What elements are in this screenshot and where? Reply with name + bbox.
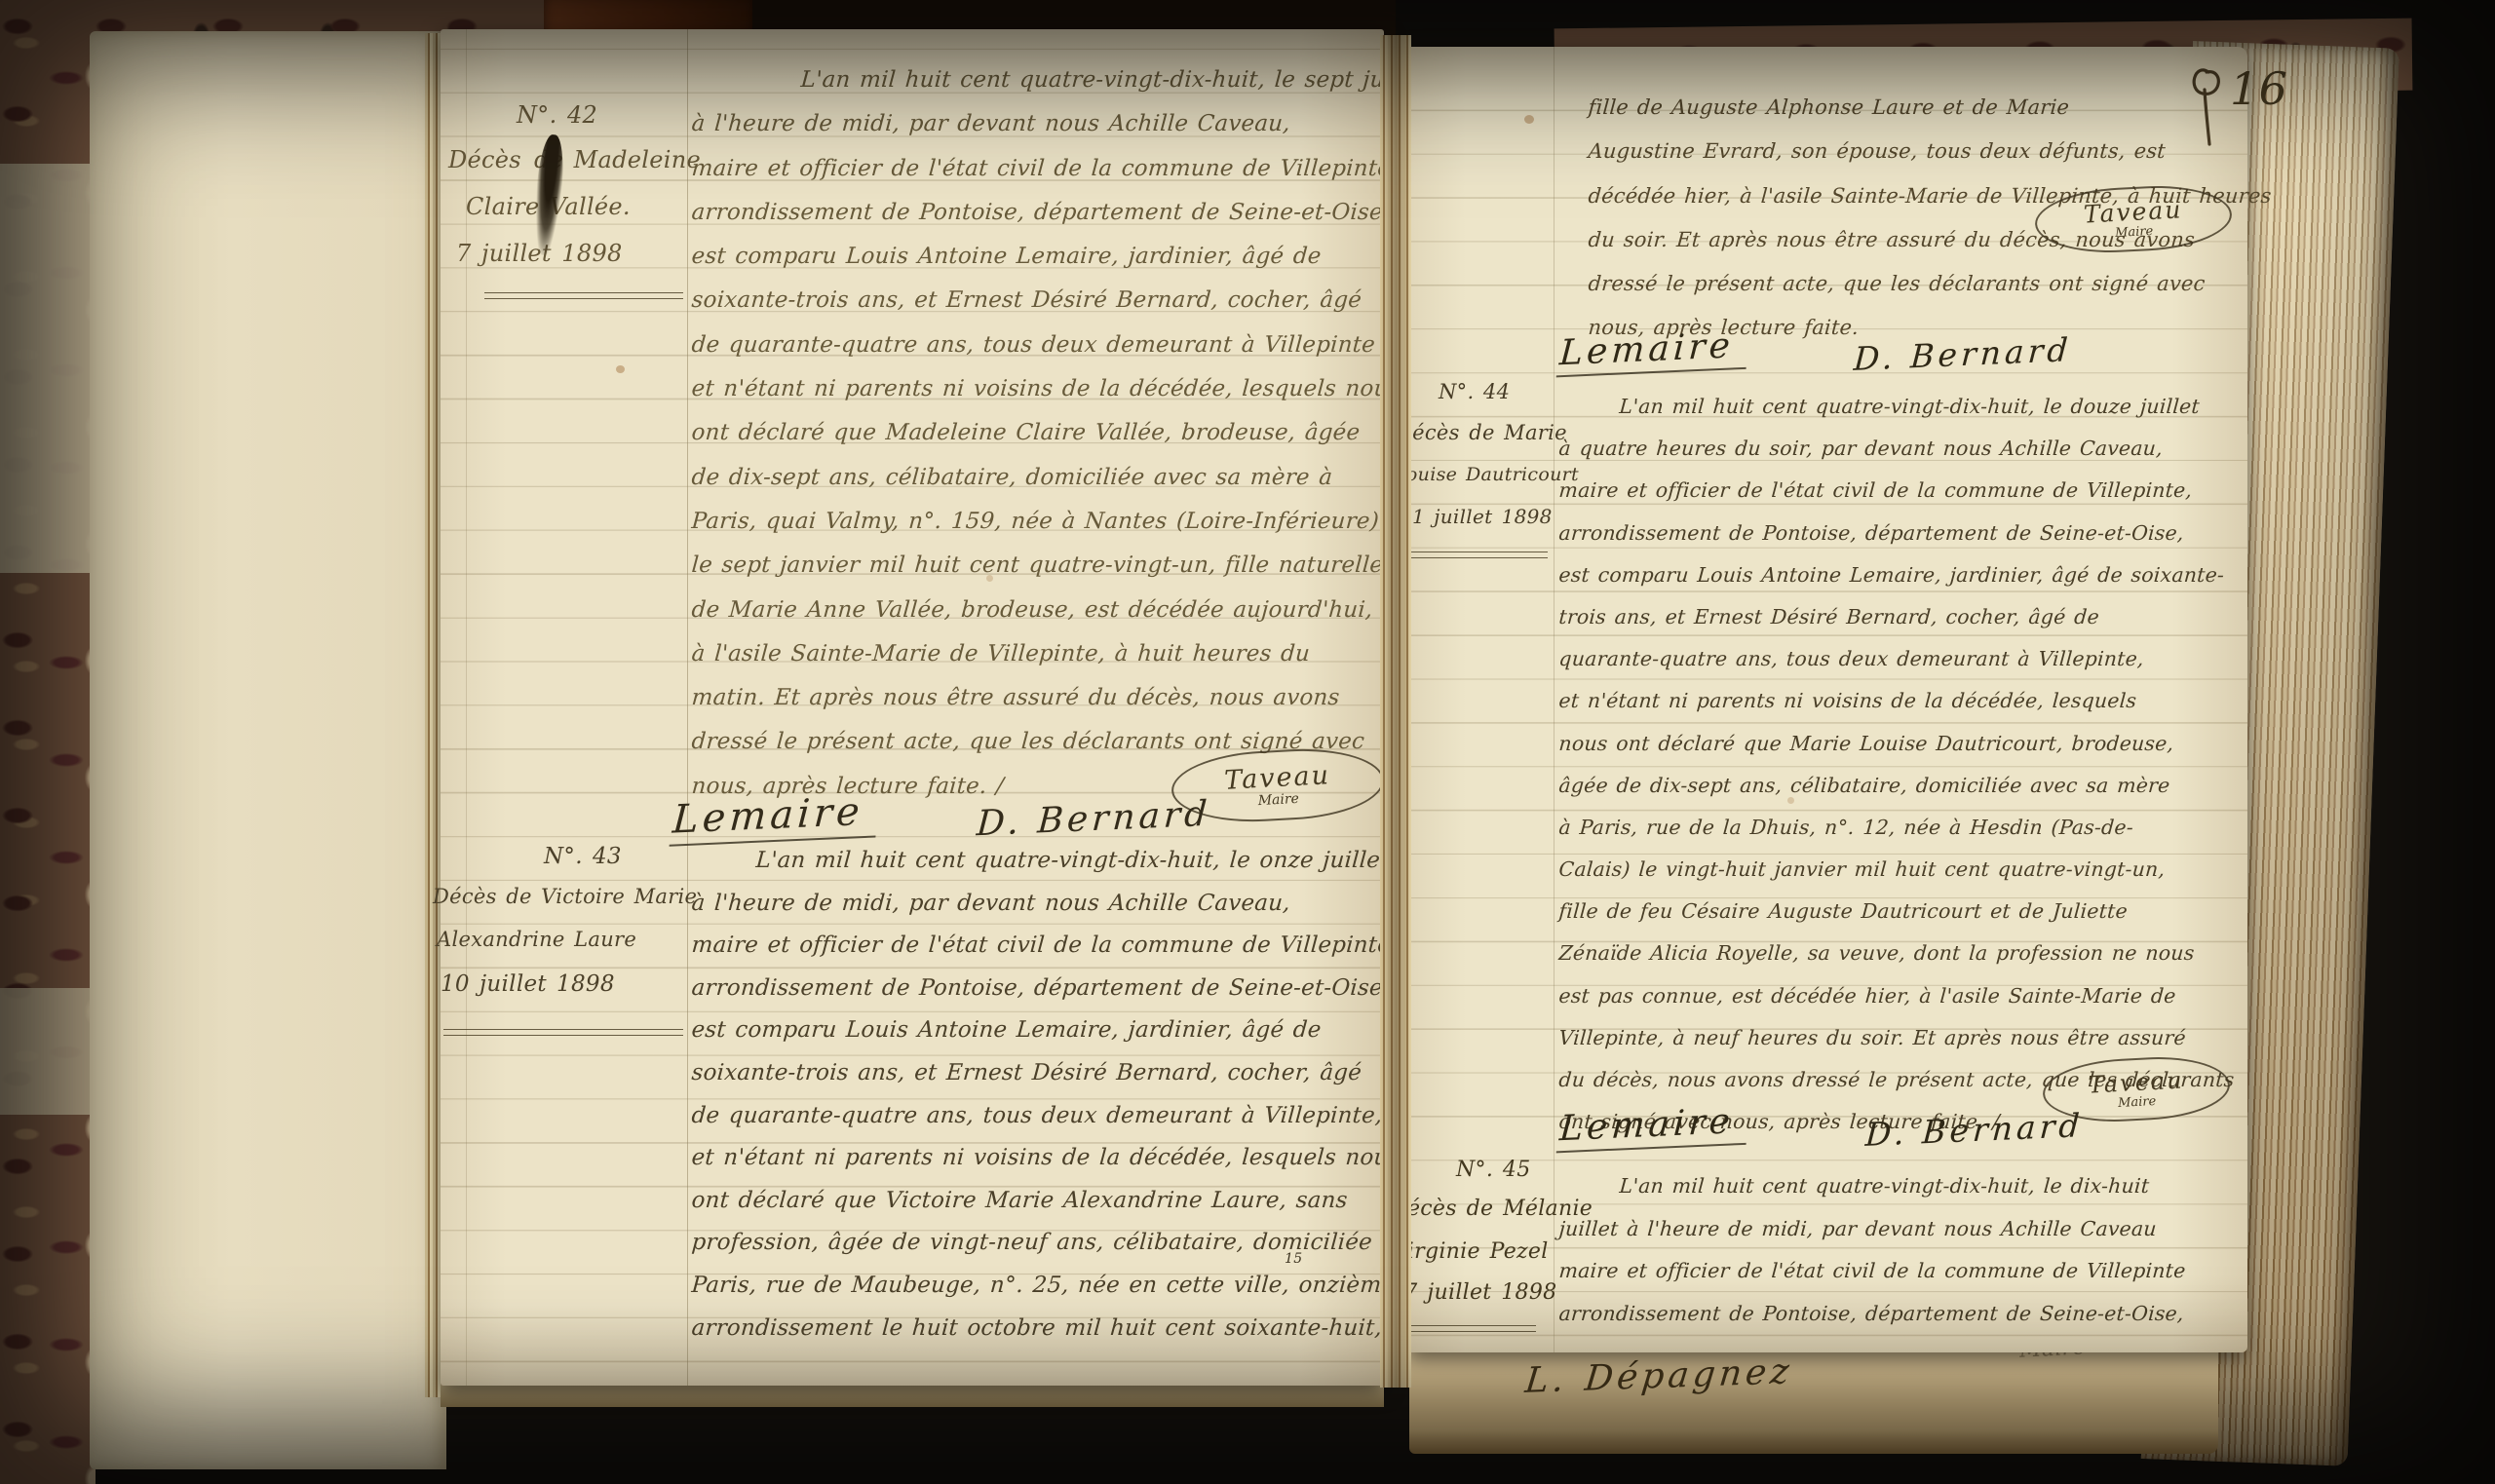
handwritten-line: et n'étant ni parents ni voisins de la d… — [1557, 680, 2213, 722]
handwritten-line: maire et officier de l'état civil de la … — [690, 925, 1385, 968]
record-45-margin-date: 17 juillet 1898 — [1390, 1280, 1556, 1305]
mayor-signature-name: Taveau — [2083, 197, 2183, 226]
book-gutter — [1380, 35, 1411, 1388]
record-44-number: N°. 44 — [1439, 380, 1510, 403]
handwritten-line: et n'étant ni parents ni voisins de la d… — [690, 367, 1385, 411]
folio-number: 16 — [2230, 62, 2287, 115]
handwritten-line: L'an mil huit cent quatre-vingt-dix-huit… — [1557, 386, 2213, 428]
handwritten-line: L'an mil huit cent quatre-vingt-dix-huit… — [1557, 1165, 2194, 1208]
handwritten-line: fille de feu Césaire Auguste Dautricourt… — [1557, 891, 2213, 932]
handwritten-line: de quarante-quatre ans, tous deux demeur… — [690, 1095, 1385, 1138]
handwritten-line: à l'heure de midi, par devant nous Achil… — [690, 102, 1385, 146]
record-44-margin-date: 11 juillet 1898 — [1400, 505, 1553, 528]
handwritten-line: arrondissement de Pontoise, département … — [1557, 513, 2213, 554]
record-44-witness-signature-1: Lemaire — [1556, 1101, 1748, 1154]
handwritten-line: L'an mil huit cent quatre-vingt-dix-huit… — [690, 840, 1385, 883]
left-board-light-patch-2 — [0, 988, 96, 1115]
left-page-inner-rule — [466, 29, 467, 1386]
handwritten-line: quarante-quatre ans, tous deux demeurant… — [1557, 638, 2213, 680]
handwritten-line: L'an mil huit cent quatre-vingt-dix-huit… — [690, 58, 1385, 102]
register-photo: L. Dépagnez Maire N°. 42 Décès de Madele… — [0, 0, 2495, 1484]
record-43-margin-name1: Décès de Victoire Marie — [433, 885, 697, 908]
record-43-witness-signature-1: Lemaire — [1556, 325, 1748, 378]
record-44-margin-rule — [1401, 552, 1548, 558]
handwritten-line: est comparu Louis Antoine Lemaire, jardi… — [690, 1009, 1385, 1052]
handwritten-line: fille de Auguste Alphonse Laure et de Ma… — [1587, 86, 2233, 130]
record-42-margin-deces: Décès — [448, 146, 521, 173]
record-43-body: L'an mil huit cent quatre-vingt-dix-huit… — [690, 840, 1382, 1350]
handwritten-line: à l'asile Sainte-Marie de Villepinte, à … — [690, 632, 1385, 676]
handwritten-line: soixante-trois ans, et Ernest Désiré Ber… — [690, 279, 1385, 323]
handwritten-line: de dix-sept ans, célibataire, domiciliée… — [690, 456, 1385, 500]
record-44-margin-name1: Décès de Marie — [1396, 421, 1567, 444]
handwritten-line: est comparu Louis Antoine Lemaire, jardi… — [690, 235, 1385, 279]
handwritten-line: maire et officier de l'état civil de la … — [690, 147, 1385, 191]
handwritten-line: matin. Et après nous être assuré du décè… — [690, 676, 1385, 720]
mayor-signature-title: Maire — [2115, 225, 2154, 240]
record-44-body: L'an mil huit cent quatre-vingt-dix-huit… — [1557, 386, 2210, 1143]
record-43-margin-date: 10 juillet 1898 — [441, 971, 615, 997]
right-page-margin-rule — [1554, 47, 1555, 1352]
handwritten-line: Paris, quai Valmy, n°. 159, née à Nantes… — [690, 500, 1385, 544]
handwritten-line: est pas connue, est décédée hier, à l'as… — [1557, 975, 2213, 1017]
handwritten-line: âgée de dix-sept ans, célibataire, domic… — [1557, 765, 2213, 807]
mayor-signature-title: Maire — [2118, 1094, 2157, 1109]
handwritten-line: juillet à l'heure de midi, par devant no… — [1557, 1208, 2194, 1251]
handwritten-line: à Paris, rue de la Dhuis, n°. 12, née à … — [1557, 807, 2213, 849]
handwritten-line: à l'heure de midi, par devant nous Achil… — [690, 883, 1385, 926]
handwritten-line: dressé le présent acte, que les déclaran… — [1587, 262, 2233, 306]
handwritten-line: ont déclaré que Victoire Marie Alexandri… — [690, 1180, 1385, 1223]
record-45-margin-name2: Virginie Pezel — [1392, 1239, 1549, 1264]
record-42-body: L'an mil huit cent quatre-vingt-dix-huit… — [690, 58, 1382, 809]
handwritten-line: de quarante-quatre ans, tous deux demeur… — [690, 323, 1385, 367]
record-45-margin-rule — [1394, 1325, 1536, 1332]
handwritten-line: Augustine Evrard, son épouse, tous deux … — [1587, 130, 2233, 173]
record-42-margin-rule — [484, 292, 683, 299]
record-43-number: N°. 43 — [544, 844, 622, 869]
handwritten-line: maire et officier de l'état civil de la … — [1557, 1250, 2194, 1293]
handwritten-line: le sept janvier mil huit cent quatre-vin… — [690, 544, 1385, 588]
left-page-margin-rule — [687, 29, 688, 1386]
handwritten-line: est comparu Louis Antoine Lemaire, jardi… — [1557, 554, 2213, 596]
left-board-light-patch — [0, 164, 96, 573]
record-43-correction-15: 15 — [1285, 1251, 1302, 1267]
left-endpaper — [90, 31, 446, 1469]
record-42-witness-signature-1: Lemaire — [670, 788, 878, 846]
record-44-margin-name2: Louise Dautricourt — [1394, 464, 1579, 485]
handwritten-line: profession, âgée de vingt-neuf ans, céli… — [690, 1222, 1385, 1265]
handwritten-line: arrondissement le huit octobre mil huit … — [690, 1308, 1385, 1351]
mayor-signature-name: Taveau — [1224, 762, 1331, 794]
record-45-body: L'an mil huit cent quatre-vingt-dix-huit… — [1557, 1165, 2191, 1335]
mayor-signature-name: Taveau — [2088, 1068, 2184, 1096]
handwritten-line: arrondissement de Pontoise, département … — [690, 968, 1385, 1010]
handwritten-line: nous ont déclaré que Marie Louise Dautri… — [1557, 723, 2213, 765]
handwritten-line: Paris, rue de Maubeuge, n°. 25, née en c… — [690, 1265, 1385, 1308]
handwritten-line: Zénaïde Alicia Royelle, sa veuve, dont l… — [1557, 932, 2213, 974]
handwritten-line: trois ans, et Ernest Désiré Bernard, coc… — [1557, 596, 2213, 638]
mayor-signature-title: Maire — [1257, 791, 1299, 807]
handwritten-line: arrondissement de Pontoise, département … — [690, 191, 1385, 235]
handwritten-line: Calais) le vingt-huit janvier mil huit c… — [1557, 849, 2213, 891]
record-43-margin-rule — [443, 1029, 683, 1036]
handwritten-line: soixante-trois ans, et Ernest Désiré Ber… — [690, 1052, 1385, 1095]
handwritten-line: ont déclaré que Madeleine Claire Vallée,… — [690, 411, 1385, 455]
handwritten-line: et n'étant ni parents ni voisins de la d… — [690, 1137, 1385, 1180]
handwritten-line: Villepinte, à neuf heures du soir. Et ap… — [1557, 1017, 2213, 1059]
handwritten-line: maire et officier de l'état civil de la … — [1557, 470, 2213, 512]
record-43-margin-name2: Alexandrine Laure — [437, 928, 636, 951]
record-45-number: N°. 45 — [1456, 1158, 1531, 1182]
handwritten-line: à quatre heures du soir, par devant nous… — [1557, 428, 2213, 470]
handwritten-line: arrondissement de Pontoise, département … — [1557, 1293, 2194, 1336]
handwritten-line: de Marie Anne Vallée, brodeuse, est décé… — [690, 589, 1385, 632]
record-42-number: N°. 42 — [517, 101, 597, 129]
